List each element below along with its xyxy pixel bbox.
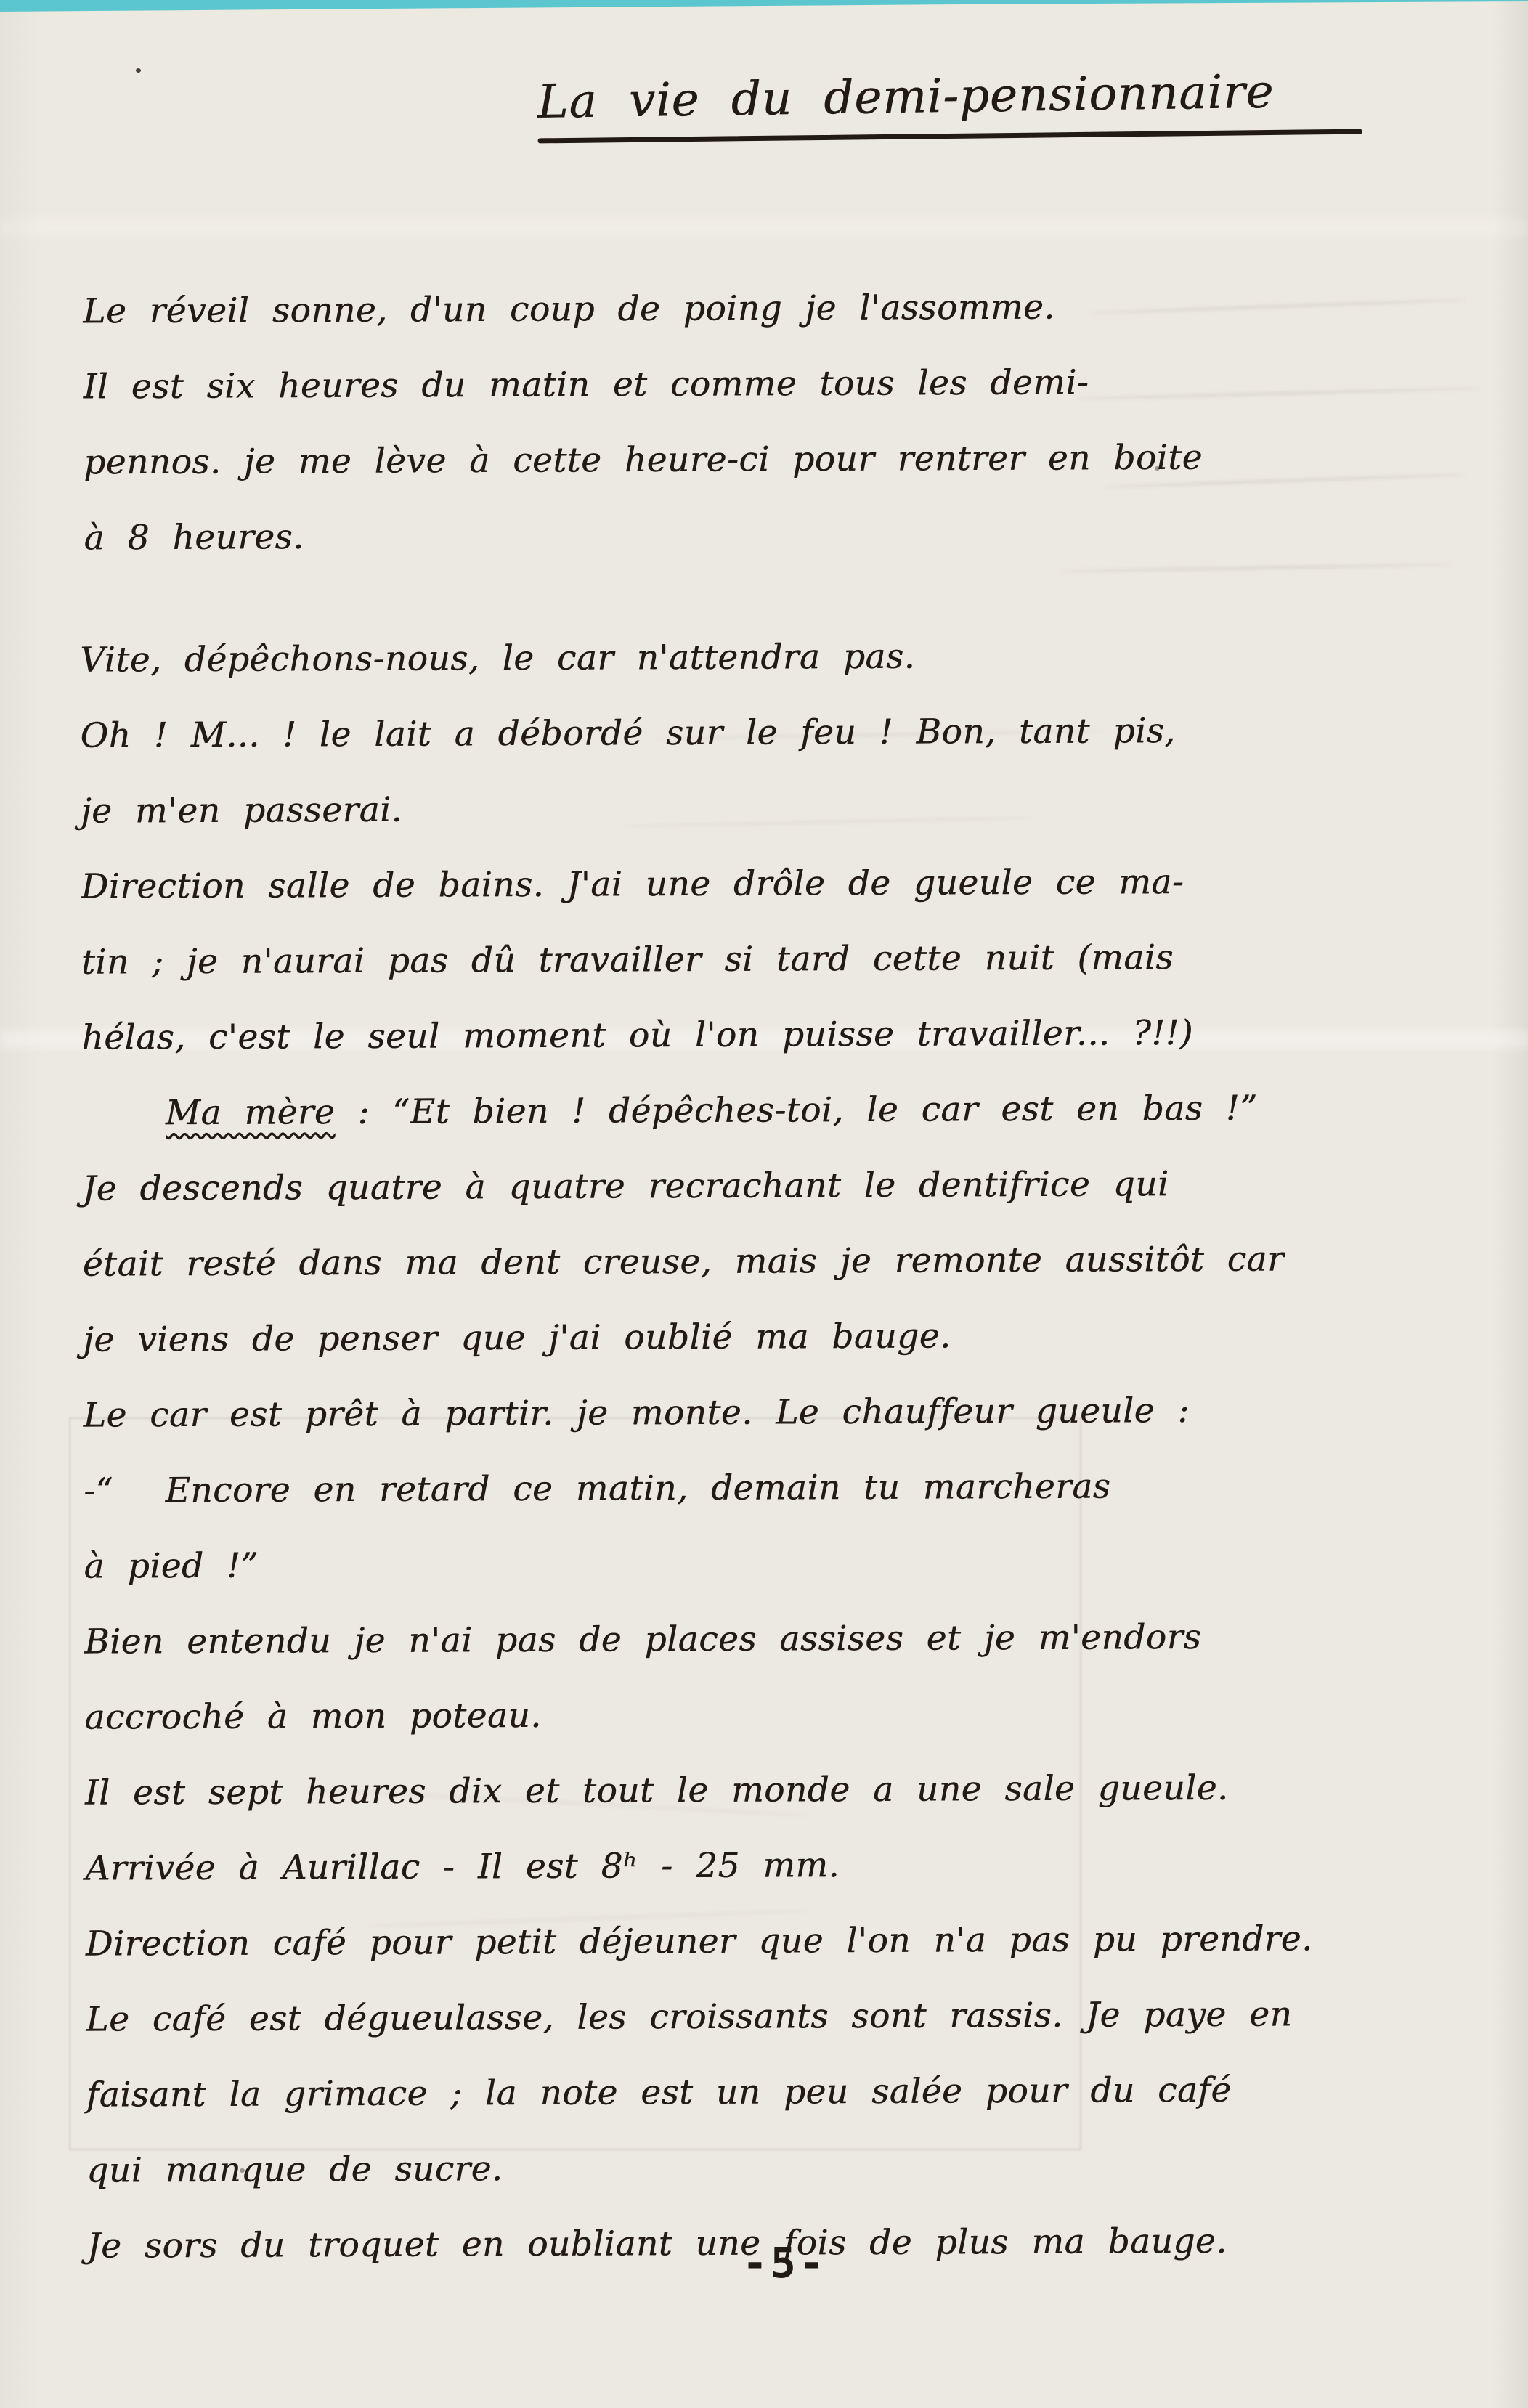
handwritten-line: Il est six heures du matin et comme tous… (84, 362, 1203, 443)
handwritten-line: Bien entendu je n'ai pas de places assis… (84, 1616, 1312, 1697)
handwritten-line: Il est sept heures dix et tout le monde … (85, 1768, 1312, 1848)
handwritten-line: à 8 heures. (84, 513, 1203, 594)
handwritten-line: Le café est dégueulasse, les croissants … (86, 1994, 1313, 2075)
wavy-underlined-text: Ma mère (166, 1092, 335, 1133)
scan-streak (0, 218, 1528, 237)
handwritten-line: -“ Encore en retard ce matin, demain tu … (84, 1465, 1311, 1546)
page-title: La vie du demi-pensionnaire (537, 64, 1362, 129)
handwritten-line: Ma mère : “Et bien ! dépêches-toi, le ca… (82, 1088, 1309, 1168)
handwritten-line: à pied !” (84, 1541, 1311, 1622)
scanner-background-edge (0, 0, 1528, 13)
handwritten-line: accroché à mon poteau. (84, 1692, 1312, 1773)
handwritten-line: Direction café pour petit déjeuner que l… (86, 1919, 1313, 1999)
handwritten-line: Vite, dépêchons-nous, le car n'attendra … (80, 635, 1307, 715)
handwritten-line: Oh ! M... ! le lait a débordé sur le feu… (80, 710, 1307, 791)
handwritten-line: Arrivée à Aurillac - Il est 8ʰ - 25 mm. (85, 1843, 1312, 1924)
paragraph-1: Le réveil sonne, d'un coup de poing je l… (83, 287, 1203, 594)
paragraph-2: Vite, dépêchons-nous, le car n'attendra … (80, 635, 1314, 2301)
handwritten-line: hélas, c'est le seul moment où l'on puis… (81, 1012, 1309, 1093)
handwritten-line: Le car est prêt à partir. je monte. Le c… (84, 1390, 1311, 1471)
title-block: La vie du demi-pensionnaire (537, 64, 1362, 145)
page-number: -5- (742, 2238, 827, 2287)
handwritten-line: pennos. je me lève à cette heure-ci pour… (84, 438, 1203, 518)
handwritten-line: Je descends quatre à quatre recrachant l… (82, 1163, 1309, 1244)
handwritten-line: Je sors du troquet en oubliant une fois … (87, 2221, 1314, 2301)
title-underline (538, 129, 1362, 144)
handwritten-line: était resté dans ma dent creuse, mais je… (83, 1239, 1310, 1319)
handwritten-line: qui manque de sucre. (86, 2145, 1314, 2226)
handwritten-line: faisant la grimace ; la note est un peu … (86, 2070, 1314, 2150)
handwritten-line: Direction salle de bains. J'ai une drôle… (81, 861, 1308, 942)
ink-speck (136, 68, 141, 73)
handwritten-line: tin ; je n'aurai pas dû travailler si ta… (81, 937, 1309, 1017)
handwritten-line: je m'en passerai. (81, 786, 1308, 866)
scanned-manuscript-page: La vie du demi-pensionnaire Le réveil so… (0, 0, 1528, 2408)
handwritten-line: je viens de penser que j'ai oublié ma ba… (83, 1314, 1310, 1395)
handwritten-line: Le réveil sonne, d'un coup de poing je l… (83, 287, 1202, 367)
